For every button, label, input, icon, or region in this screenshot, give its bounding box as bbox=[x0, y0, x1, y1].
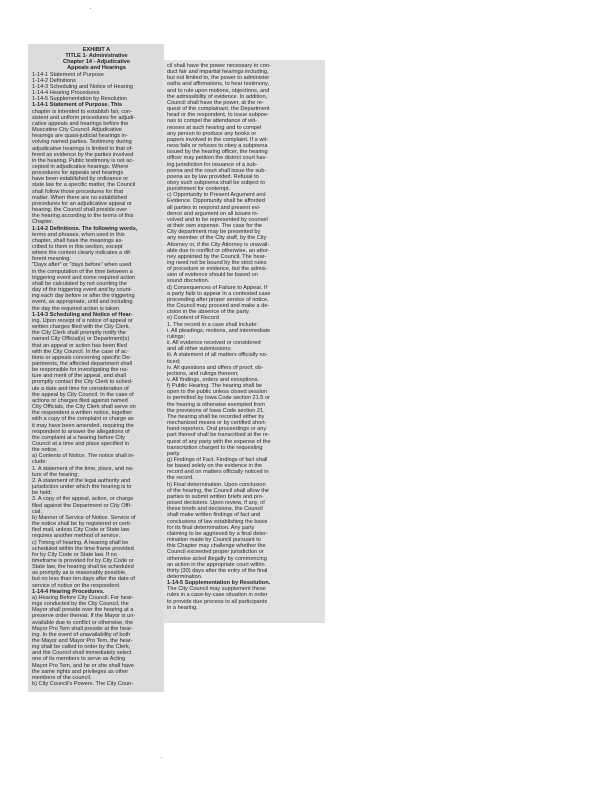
right-column-clipping: cil shall have the power necessary to co… bbox=[163, 60, 325, 623]
text-line: in a hearing. bbox=[167, 605, 322, 611]
exhibit-header: EXHIBIT ATITLE 1- AdministrativeChapter … bbox=[32, 47, 161, 72]
scan-speck bbox=[161, 757, 162, 758]
right-column-body: cil shall have the power necessary to co… bbox=[167, 63, 322, 611]
table-of-contents: 1-14-1 Statement of Purpose1-14-2 Defini… bbox=[32, 72, 161, 103]
left-column-clipping: EXHIBIT ATITLE 1- AdministrativeChapter … bbox=[28, 44, 164, 692]
text-line: b) City Council's Powers. The City Coun- bbox=[32, 681, 161, 687]
scan-speck bbox=[90, 8, 91, 9]
left-column-body: 1-14-1 Statement of Purpose. Thischapter… bbox=[32, 102, 161, 687]
